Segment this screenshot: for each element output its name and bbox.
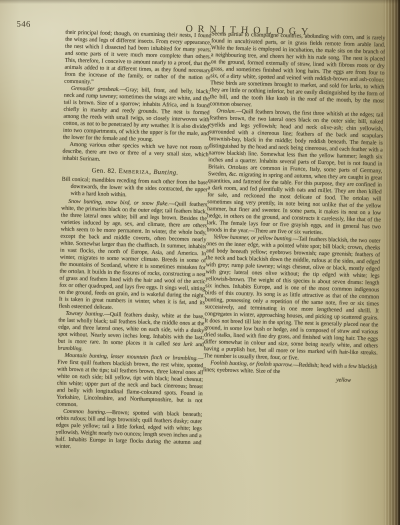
text-run: Gen. 82. [92,167,119,175]
species-name: brambling. [58,346,83,353]
text-run: their principal food; though, on examini… [64,30,211,86]
paragraph-text: Among various other species which we hav… [62,142,208,167]
paragraph-block: Passeres.Seems partial to champaigne cou… [210,31,386,112]
paragraph-text: Ortolan.—Quill feathers brown, the first… [207,108,384,238]
book-page: 546 ORNITHOLOGY. Passeres.their principa… [0,0,400,525]
paragraph-block: 782Characters.Bill conical; mandibles re… [61,177,207,202]
margin-label: Characters. [54,179,55,186]
paragraph-block: 780Orix.Grenadier grosbeak.—Gray; bill, … [63,86,210,146]
margin-note: 780Orix. [54,83,58,95]
paragraph-block: 784Mustelina.Tawney bunting.—Quill feath… [58,311,205,357]
page-content: 546 ORNITHOLOGY. Passeres.their principa… [0,0,400,525]
genus-heading-block: 781Emberiza.Gen. 82. Emberiza, Bunting. [62,167,208,178]
page-edge-shadow [383,0,400,525]
paragraph-text: Mountain bunting, lesser mountain finch … [56,353,203,413]
paragraph-text: Bill conical; mandibles receding from ea… [61,177,207,202]
text-run: and [192,342,203,348]
paragraph-block: 783Nivalis.Snow bunting, snow bird, or s… [59,199,208,315]
paragraph-text: their principal food; though, on examini… [64,30,211,90]
text-run: —Quill feathers brown, the first three w… [207,109,384,236]
margin-flourish [54,35,59,40]
species-name: sea lark [173,341,193,347]
species-name: Bunting. [153,169,178,177]
margin-note: 781Emberiza. [54,164,56,176]
margin-label: Emberiza. [54,169,56,176]
margin-label: Passeres. [54,30,59,34]
text-run: —Tail feathers blackish, the two outer o… [203,236,380,361]
paragraph-text: Tawney bunting.—Quill feathers dusky, wh… [58,311,205,357]
text-run: Among various other species which we hav… [62,142,208,163]
text-run: —Gray; bill, front, and belly, black; ne… [63,87,210,143]
margin-number: 783 [54,196,55,202]
paragraph-block: Passeres.their principal food; though, o… [64,30,211,90]
genus-heading: Gen. 82. Emberiza, Bunting. [62,167,208,178]
paragraph-block: 786Miliaria.Common bunting.—Brown; spott… [55,409,202,455]
margin-label: Orix. [54,88,58,95]
species-name: Ortolan. [216,108,236,114]
paragraph-block: 787Hortulana.Ortolan.—Quill feathers bro… [207,108,384,238]
margin-note: Passeres. [54,30,59,39]
text-run: Seems partial to champaigne countries, a… [210,31,386,108]
paragraph-text: Common bunting.—Brown; spotted with blac… [55,409,202,455]
margin-label: Nivalis. [54,201,55,208]
paragraph-text: Grenadier grosbeak.—Gray; bill, front, a… [63,86,210,146]
text-run: —Five first quill feathers blackish brow… [56,356,203,408]
paragraph-block: 785Montana.Mountain bunting, lesser moun… [56,353,203,413]
text-run: —Brown; spotted with black beneath; orbi… [55,410,202,450]
paragraph-block: 788Citrinella.Yellow hammer, or yellow b… [203,234,380,364]
text-run: Bill conical; mandibles receding from ea… [62,177,208,199]
species-name: Tawney bunting. [65,311,104,318]
margin-number: 780 [54,83,58,89]
left-column: Passeres.their principal food; though, o… [54,30,211,485]
paragraph-block: Among various other species which we hav… [62,142,208,167]
margin-number: 781 [54,164,56,170]
paragraph-text: Snow bunting, snow bird, or snow flake.—… [59,199,208,315]
right-column: Passeres.Seems partial to champaigne cou… [200,31,385,501]
page-number: 546 [16,19,30,29]
text-run: Emberiza, [119,168,152,176]
paragraph-text: Yellow hammer, or yellow bunting.—Tail f… [203,234,380,364]
margin-number: 782 [54,174,55,180]
margin-note: 782Characters. [54,174,55,186]
margin-note: 783Nivalis. [54,196,55,208]
paragraph-text: Seems partial to champaigne countries, a… [210,31,386,112]
text-run: —Quill feathers white, the primaries bla… [59,201,208,311]
species-name: Grenadier grosbeak. [71,86,120,93]
species-name: Common bunting. [63,409,106,416]
